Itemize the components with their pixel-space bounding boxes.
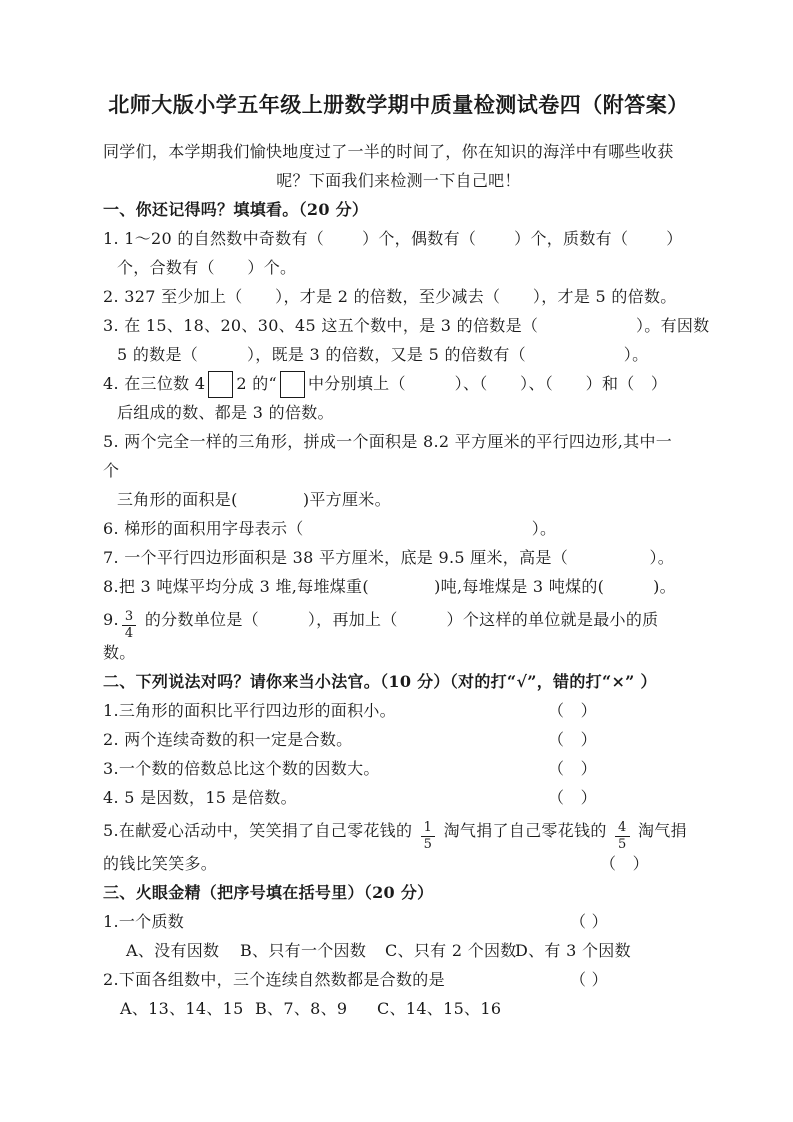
text-run: 3.一个数的倍数总比这个数的因数大。 xyxy=(103,759,380,778)
text-run: 6. 梯形的面积用字母表示（ ）。 xyxy=(103,519,556,538)
answer-bracket: （ ） xyxy=(548,754,597,783)
text-run: 呢？下面我们来检测一下自己吧！ xyxy=(276,171,521,190)
text-run: 5.在献爱心活动中，笑笑捐了自己零花钱的 xyxy=(103,821,418,840)
text-run: 同学们，本学期我们愉快地度过了一半的时间了，你在知识的海洋中有哪些收获 xyxy=(103,142,674,161)
text-run: 4. 在三位数 4 xyxy=(103,374,205,393)
text-run: 三、火眼金精（把序号填在括号里）（20 分） xyxy=(103,883,433,902)
choice-2-options: A、13、14、15B、7、8、9C、14、15、16 xyxy=(103,994,694,1023)
q4-line-2: 后组成的数、都是 3 的倍数。 xyxy=(103,398,694,427)
option-a: A、13、14、15 xyxy=(120,994,244,1023)
q8-line: 8.把 3 吨煤平均分成 3 堆,每堆煤重( )吨,每堆煤是 3 吨煤的( )。 xyxy=(103,572,694,601)
fraction: 45 xyxy=(615,821,630,852)
text-run: 2. 327 至少加上（ ），才是 2 的倍数，至少减去（ ），才是 5 的倍数… xyxy=(103,287,677,306)
q2-line: 2. 327 至少加上（ ），才是 2 的倍数，至少减去（ ），才是 5 的倍数… xyxy=(103,282,694,311)
text-run: 5. 两个完全一样的三角形，拼成一个面积是 8.2 平方厘米的平行四边形,其中一 xyxy=(103,432,672,451)
choice-2: 2.下面各组数中，三个连续自然数都是合数的是（ ） xyxy=(103,965,694,994)
q7-line: 7. 一个平行四边形面积是 38 平方厘米，底是 9.5 厘米，高是（ ）。 xyxy=(103,543,694,572)
answer-bracket: （ ） xyxy=(548,696,597,725)
answer-bracket: （ ） xyxy=(548,783,597,812)
q5-line-3: 三角形的面积是( )平方厘米。 xyxy=(103,485,694,514)
text-run: 中分别填上（ ）、（ ）、（ ）和（ ） xyxy=(308,374,667,393)
text-run: 2. 两个连续奇数的积一定是合数。 xyxy=(103,730,352,749)
q9-line-2: 数。 xyxy=(103,638,694,667)
text-run: 3. 在 15、18、20、30、45 这五个数中，是 3 的倍数是（ ）。有因… xyxy=(103,316,709,335)
q3-line-2: 5 的数是（ ），既是 3 的倍数，又是 5 的倍数有（ ）。 xyxy=(103,340,694,369)
fraction-numerator: 1 xyxy=(421,821,436,837)
text-run: 7. 一个平行四边形面积是 38 平方厘米，底是 9.5 厘米，高是（ ）。 xyxy=(103,548,674,567)
section-3-heading: 三、火眼金精（把序号填在括号里）（20 分） xyxy=(103,878,694,907)
answer-bracket: （ ） xyxy=(600,849,649,878)
text-run: 1. 1～20 的自然数中奇数有（ ）个，偶数有（ ）个，质数有（ ） xyxy=(103,229,683,248)
text-run: 9. xyxy=(103,610,119,629)
answer-bracket: （ ） xyxy=(570,907,608,936)
text-run: 8.把 3 吨煤平均分成 3 堆,每堆煤重( )吨,每堆煤是 3 吨煤的( )。 xyxy=(103,577,676,596)
fraction: 34 xyxy=(122,610,137,641)
text-run: 5 的数是（ ），既是 3 的倍数，又是 5 的倍数有（ ）。 xyxy=(117,345,648,364)
q9-line-1: 9.34 的分数单位是（ ），再加上（ ）个这样的单位就是最小的质 xyxy=(103,601,694,638)
q4-line-1: 4. 在三位数 42 的“中分别填上（ ）、（ ）、（ ）和（ ） xyxy=(103,369,694,398)
choice-1: 1.一个质数（ ） xyxy=(103,907,694,936)
text-run: 数。 xyxy=(103,643,136,662)
document-content: 北师大版小学五年级上册数学期中质量检测试卷四（附答案） 同学们，本学期我们愉快地… xyxy=(103,90,694,1023)
text-run: 三角形的面积是( )平方厘米。 xyxy=(117,490,391,509)
fraction-numerator: 3 xyxy=(122,610,137,626)
judge-5-line-2: 的钱比笑笑多。（ ） xyxy=(103,849,694,878)
section-2-heading: 二、下列说法对吗？请你来当小法官。（10 分）（对的打“√”，错的打“×” ） xyxy=(103,667,694,696)
answer-bracket: （ ） xyxy=(548,725,597,754)
option-d: D、有 3 个因数 xyxy=(515,936,631,965)
text-run: 个 xyxy=(103,461,119,480)
text-run: 淘气捐 xyxy=(633,821,687,840)
judge-4: 4. 5 是因数，15 是倍数。（ ） xyxy=(103,783,694,812)
text-run: 4. 5 是因数，15 是倍数。 xyxy=(103,788,297,807)
q5-line-2: 个 xyxy=(103,456,694,485)
q5-line-1: 5. 两个完全一样的三角形，拼成一个面积是 8.2 平方厘米的平行四边形,其中一 xyxy=(103,427,694,456)
q1-line-2: 个，合数有（ ）个。 xyxy=(103,253,694,282)
judge-2: 2. 两个连续奇数的积一定是合数。（ ） xyxy=(103,725,694,754)
document-title: 北师大版小学五年级上册数学期中质量检测试卷四（附答案） xyxy=(103,90,694,119)
option-c: C、只有 2 个因数 xyxy=(385,936,517,965)
judge-3: 3.一个数的倍数总比这个数的因数大。（ ） xyxy=(103,754,694,783)
text-run: 1.三角形的面积比平行四边形的面积小。 xyxy=(103,701,396,720)
option-b: B、只有一个因数 xyxy=(240,936,366,965)
q6-line: 6. 梯形的面积用字母表示（ ）。 xyxy=(103,514,694,543)
judge-1: 1.三角形的面积比平行四边形的面积小。（ ） xyxy=(103,696,694,725)
option-b: B、7、8、9 xyxy=(255,994,347,1023)
document-body: 同学们，本学期我们愉快地度过了一半的时间了，你在知识的海洋中有哪些收获呢？下面我… xyxy=(103,137,694,1023)
intro-line-2: 呢？下面我们来检测一下自己吧！ xyxy=(103,166,694,195)
intro-line-1: 同学们，本学期我们愉快地度过了一半的时间了，你在知识的海洋中有哪些收获 xyxy=(103,137,694,166)
q1-line-1: 1. 1～20 的自然数中奇数有（ ）个，偶数有（ ）个，质数有（ ） xyxy=(103,224,694,253)
judge-5-line-1: 5.在献爱心活动中，笑笑捐了自己零花钱的 15 淘气捐了自己零花钱的 45 淘气… xyxy=(103,812,694,849)
text-run: 2.下面各组数中，三个连续自然数都是合数的是 xyxy=(103,970,445,989)
test-paper-page: 北师大版小学五年级上册数学期中质量检测试卷四（附答案） 同学们，本学期我们愉快地… xyxy=(0,0,793,1122)
option-a: A、没有因数 xyxy=(126,936,219,965)
choice-1-options: A、没有因数B、只有一个因数C、只有 2 个因数D、有 3 个因数 xyxy=(103,936,694,965)
fraction-numerator: 4 xyxy=(615,821,630,837)
text-run: 1.一个质数 xyxy=(103,912,184,931)
text-run: 二、下列说法对吗？请你来当小法官。（10 分）（对的打“√”，错的打“×” ） xyxy=(103,672,657,691)
fraction: 15 xyxy=(421,821,436,852)
option-c: C、14、15、16 xyxy=(377,994,501,1023)
fill-in-box xyxy=(208,371,233,398)
text-run: 的钱比笑笑多。 xyxy=(103,854,217,873)
text-run: 2 的“ xyxy=(236,374,277,393)
q3-line-1: 3. 在 15、18、20、30、45 这五个数中，是 3 的倍数是（ ）。有因… xyxy=(103,311,694,340)
text-run: 一、你还记得吗？填填看。（20 分） xyxy=(103,200,368,219)
text-run: 淘气捐了自己零花钱的 xyxy=(438,821,612,840)
text-run: 个，合数有（ ）个。 xyxy=(117,258,296,277)
text-run: 后组成的数、都是 3 的倍数。 xyxy=(117,403,334,422)
fill-in-box xyxy=(280,371,305,398)
answer-bracket: （ ） xyxy=(570,965,608,994)
section-1-heading: 一、你还记得吗？填填看。（20 分） xyxy=(103,195,694,224)
text-run: 的分数单位是（ ），再加上（ ）个这样的单位就是最小的质 xyxy=(139,610,658,629)
